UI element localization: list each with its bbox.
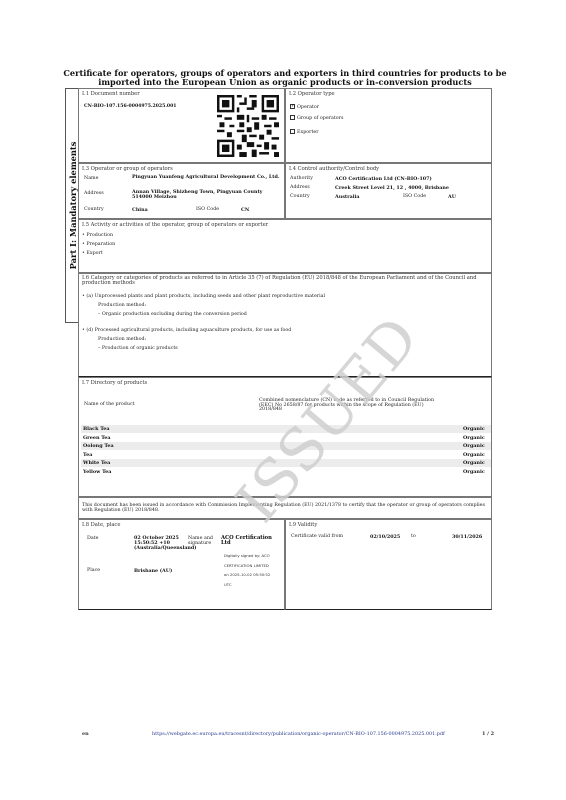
signature-value: ACO Certification Ltd (221, 536, 281, 546)
certificate-title: Certificate for operators, groups of ope… (60, 69, 510, 86)
product-name: Oolong Tea (83, 443, 114, 449)
place-label: Place (87, 568, 100, 573)
authority-label: Authority (290, 176, 313, 181)
iso-label: ISO Code (403, 194, 426, 199)
product-name: Yellow Tea (83, 469, 111, 475)
section-heading: I.5 Activity or activities of the operat… (82, 222, 268, 228)
product-name: Tea (83, 452, 92, 458)
country-label: Country (84, 207, 104, 212)
activity-item: • Export (82, 251, 103, 256)
category-item: • (a) Unprocessed plants and plant produ… (82, 294, 325, 299)
operator-iso: CN (241, 207, 249, 213)
product-row: Oolong TeaOrganic (81, 442, 491, 450)
valid-to-label: to (411, 534, 416, 539)
section-heading: I.3 Operator or group of operators (82, 166, 173, 172)
valid-from-label: Certificate valid from (291, 534, 343, 539)
method-label: Production method: (98, 337, 146, 342)
col-cn-code: Combined nomenclature (CN) code as refer… (259, 399, 444, 413)
section-activities: I.5 Activity or activities of the operat… (78, 219, 492, 273)
product-name: Green Tea (83, 435, 111, 441)
footer-url-link[interactable]: https://webgate.ec.europa.eu/tracesnt/di… (152, 731, 445, 737)
digital-signature: Digitally signed by: ACO CERTIFICATION L… (224, 551, 270, 589)
operator-country: China (132, 207, 148, 213)
authority-address: Creek Street Level 21, 12 , 4000, Brisba… (335, 185, 449, 191)
valid-from-date: 02/10/2025 (370, 534, 400, 540)
operator-name: Pingyuan Yuanfeng Agricultural Developme… (132, 175, 282, 180)
checkbox-exporter[interactable]: Exporter (290, 129, 319, 135)
footer-url[interactable]: https://webgate.ec.europa.eu/tracesnt/di… (152, 731, 445, 737)
product-row: Yellow TeaOrganic (81, 468, 491, 476)
section-heading: I.2 Operator type (289, 91, 335, 97)
signature-label: Name and signature (188, 536, 218, 546)
address-label: Address (290, 185, 310, 190)
method-value: – Production of organic products (98, 346, 178, 351)
section-control-body: I.4 Control authority/Control body Autho… (285, 163, 492, 219)
authority-country: Australia (335, 194, 360, 200)
activity-item: • Production (82, 233, 113, 238)
product-status: Organic (463, 434, 485, 442)
iso-label: ISO Code (196, 207, 219, 212)
section-heading: I.9 Validity (289, 522, 317, 528)
product-status: Organic (463, 468, 485, 476)
section-heading: I.8 Date, place (82, 522, 120, 528)
authority-iso: AU (448, 194, 456, 200)
part-sidebar: Part I: Mandatory elements (65, 88, 78, 323)
section-date-place: I.8 Date, place Date 02 October 2025 15:… (78, 519, 285, 610)
checkbox-group-of-operators[interactable]: Group of operators (290, 115, 343, 121)
product-name: White Tea (83, 460, 110, 466)
footer-page-number: 1 / 2 (482, 731, 494, 737)
qr-code-icon (217, 95, 279, 157)
section-statement: This document has been issued in accorda… (78, 497, 492, 519)
checkbox-checked-icon (290, 104, 295, 109)
product-row: White TeaOrganic (81, 459, 491, 467)
category-item: • (d) Processed agricultural products, i… (82, 328, 291, 333)
checkbox-unchecked-icon (290, 129, 295, 134)
statement-text: This document has been issued in accorda… (82, 503, 488, 513)
product-status: Organic (463, 425, 485, 433)
section-operator-type: I.2 Operator type Operator Group of oper… (285, 88, 492, 163)
name-label: Name (84, 176, 98, 181)
footer-language: en (82, 731, 89, 737)
product-status: Organic (463, 459, 485, 467)
title-line-2: imported into the European Union as orga… (60, 78, 510, 87)
product-row: TeaOrganic (81, 451, 491, 459)
product-row: Green TeaOrganic (81, 434, 491, 442)
country-label: Country (290, 194, 310, 199)
place-value: Brisbane (AU) (134, 568, 172, 574)
authority-value: ACO Certification Ltd (CN-BIO-107) (335, 176, 432, 182)
product-row: Black TeaOrganic (81, 425, 491, 433)
section-heading: I.4 Control authority/Control body (289, 166, 379, 172)
method-label: Production method: (98, 303, 146, 308)
section-heading: I.7 Directory of products (82, 380, 147, 386)
col-product-name: Name of the product (84, 402, 135, 407)
date-label: Date (87, 536, 98, 541)
section-operator: I.3 Operator or group of operators Name … (78, 163, 285, 219)
section-validity: I.9 Validity Certificate valid from 02/1… (285, 519, 492, 610)
valid-to-date: 30/11/2026 (452, 534, 482, 540)
section-heading: I.6 Category or categories of products a… (82, 276, 488, 286)
product-name: Black Tea (83, 426, 110, 432)
product-status: Organic (463, 442, 485, 450)
date-value: 02 October 2025 15:50:52 +10 (Australia/… (134, 536, 182, 551)
activity-item: • Preparation (82, 242, 115, 247)
checkbox-operator[interactable]: Operator (290, 104, 319, 110)
product-status: Organic (463, 451, 485, 459)
document-number: CN-BIO-107.156-0004975.2025.001 (84, 104, 177, 109)
address-label: Address (84, 191, 104, 196)
checkbox-unchecked-icon (290, 115, 295, 120)
operator-address: Annan Village, Shizheng Town, Pingyuan C… (132, 190, 282, 200)
section-heading: I.1 Document number (82, 91, 140, 97)
section-categories: I.6 Category or categories of products a… (78, 273, 492, 377)
method-value: – Organic production excluding during th… (98, 312, 247, 317)
